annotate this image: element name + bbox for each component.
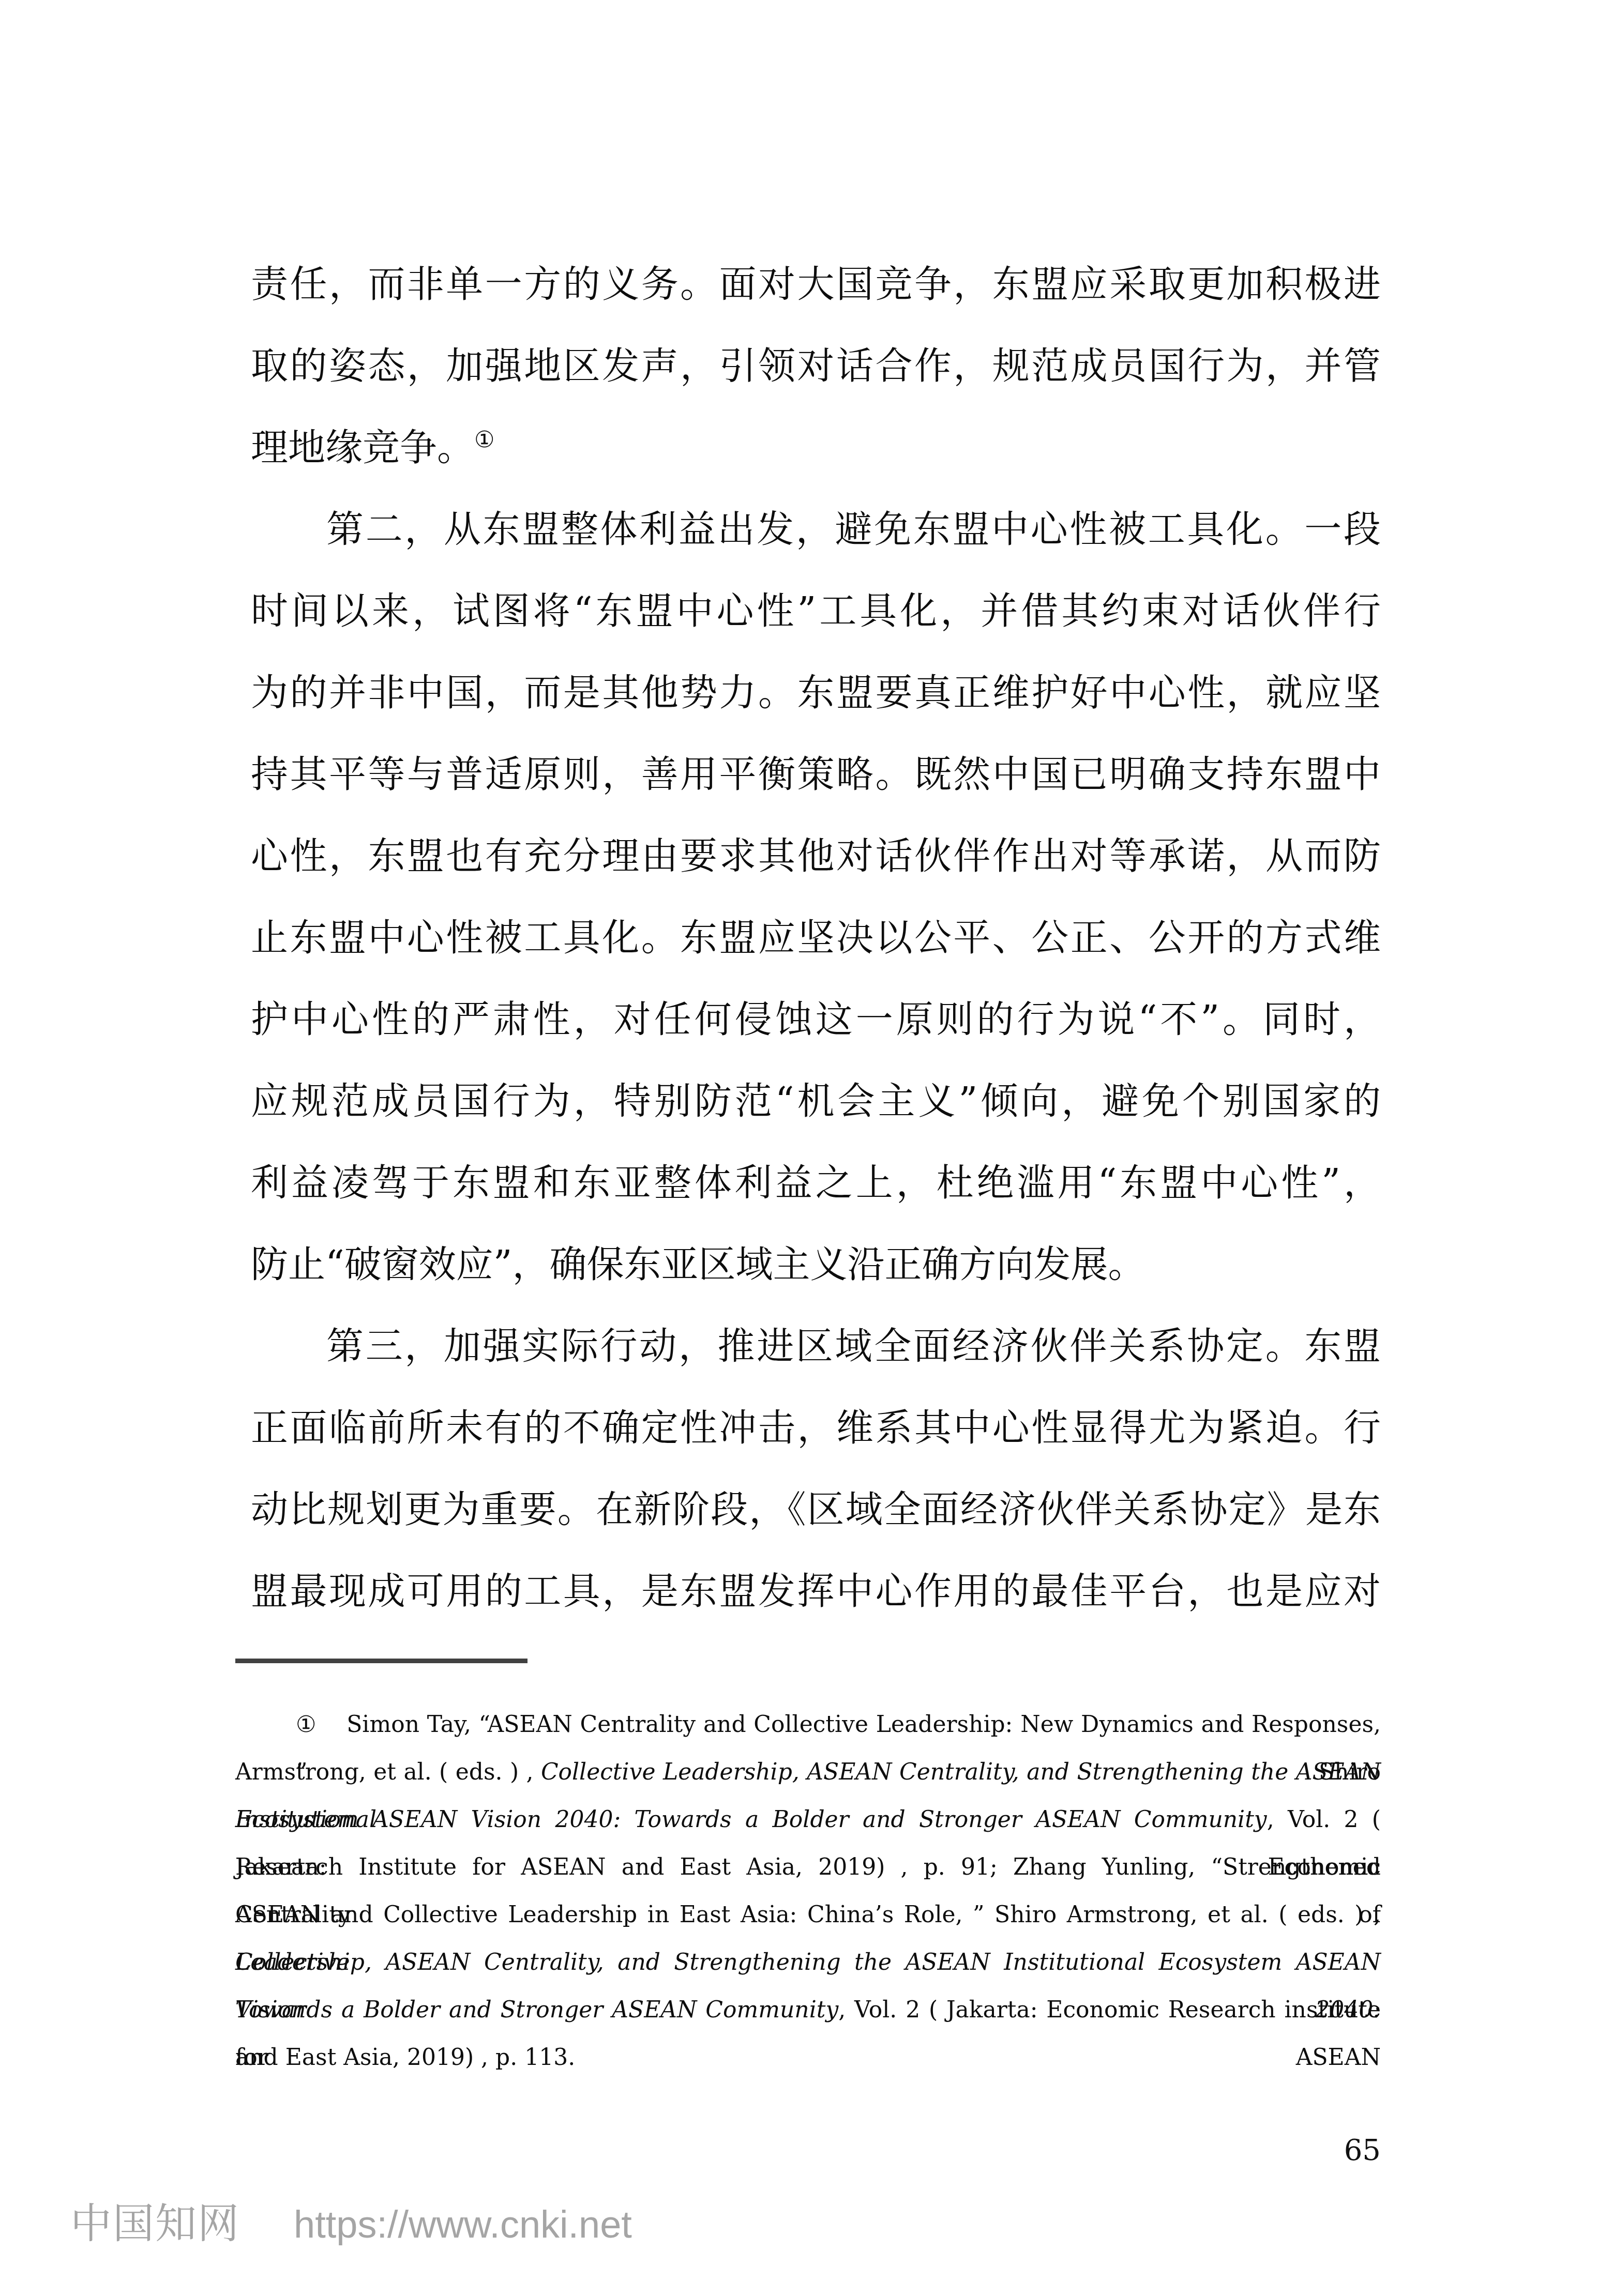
body-line: 心性，东盟也有充分理由要求其他对话伙伴作出对等承诺，从而防: [251, 815, 1381, 896]
body-line: 应规范成员国行为，特别防范“机会主义”倾向，避免个别国家的: [251, 1060, 1381, 1142]
footnote-ref-marker: ①: [474, 427, 494, 453]
document-page: 责任，而非单一方的义务。面对大国竞争，东盟应采取更加积极进取的姿态，加强地区发声…: [0, 0, 1613, 2296]
footnote-title-italic: Towards a Bolder and Stronger ASEAN Comm…: [235, 1997, 838, 2023]
body-line: 动比规划更为重要。在新阶段，《区域全面经济伙伴关系协定》是东: [251, 1468, 1381, 1550]
body-line: 利益凌驾于东盟和东亚整体利益之上，杜绝滥用“东盟中心性”，: [251, 1142, 1381, 1223]
footnote-line: Leadership, ASEAN Centrality, and Streng…: [235, 1939, 1381, 1986]
body-line: 止东盟中心性被工具化。东盟应坚决以公平、公正、公开的方式维: [251, 896, 1381, 978]
footnote-text: and East Asia, 2019) , p. 113.: [235, 2044, 575, 2071]
body-line: 取的姿态，加强地区发声，引领对话合作，规范成员国行为，并管: [251, 325, 1381, 406]
page-number: 65: [1277, 2134, 1381, 2167]
body-line: 正面临前所未有的不确定性冲击，维系其中心性显得尤为紧迫。行: [251, 1387, 1381, 1468]
body-line: 盟最现成可用的工具，是东盟发挥中心作用的最佳平台，也是应对: [251, 1550, 1381, 1632]
footnote-line: Research Institute for ASEAN and East As…: [235, 1844, 1381, 1891]
cnki-url-text: https://www.cnki.net: [294, 2202, 632, 2246]
footnote-text: Armstrong, et al. ( eds. ) ,: [235, 1759, 541, 1785]
body-line: 防止“破窗效应”，确保东亚区域主义沿正确方向发展。: [251, 1223, 1381, 1305]
footnote-line: Towards a Bolder and Stronger ASEAN Comm…: [235, 1986, 1381, 2034]
body-line: 理地缘竞争。①: [251, 406, 1381, 488]
footnote-line: ASEAN and Collective Leadership in East …: [235, 1891, 1381, 1939]
body-line: 第三，加强实际行动，推进区域全面经济伙伴关系协定。东盟: [251, 1305, 1381, 1387]
footnote-title-italic: Ecosystem ASEAN Vision 2040: Towards a B…: [235, 1806, 1267, 1833]
footnote-line: Ecosystem ASEAN Vision 2040: Towards a B…: [235, 1796, 1381, 1844]
footnote-text: ASEAN and Collective Leadership in East …: [235, 1902, 1381, 1928]
watermark: 中国知网 https://www.cnki.net: [70, 2190, 632, 2249]
cnki-brand-text: 中国知网: [70, 2190, 240, 2249]
body-line: 护中心性的严肃性，对任何侵蚀这一原则的行为说“不”。同时，: [251, 978, 1381, 1060]
footnote: ①Simon Tay, “ASEAN Centrality and Collec…: [235, 1701, 1381, 2081]
footnote-line: ①Simon Tay, “ASEAN Centrality and Collec…: [235, 1701, 1381, 1748]
body-line: 持其平等与普适原则，善用平衡策略。既然中国已明确支持东盟中: [251, 733, 1381, 815]
body-text: 责任，而非单一方的义务。面对大国竞争，东盟应采取更加积极进取的姿态，加强地区发声…: [251, 243, 1381, 1632]
footnote-line: Armstrong, et al. ( eds. ) , Collective …: [235, 1748, 1381, 1796]
body-line: 为的并非中国，而是其他势力。东盟要真正维护好中心性，就应坚: [251, 651, 1381, 733]
footnote-separator: [235, 1659, 527, 1663]
body-line: 第二，从东盟整体利益出发，避免东盟中心性被工具化。一段: [251, 488, 1381, 570]
body-line: 时间以来，试图将“东盟中心性”工具化，并借其约束对话伙伴行: [251, 570, 1381, 651]
body-line: 责任，而非单一方的义务。面对大国竞争，东盟应采取更加积极进: [251, 243, 1381, 325]
footnote-number-marker: ①: [296, 1711, 316, 1738]
